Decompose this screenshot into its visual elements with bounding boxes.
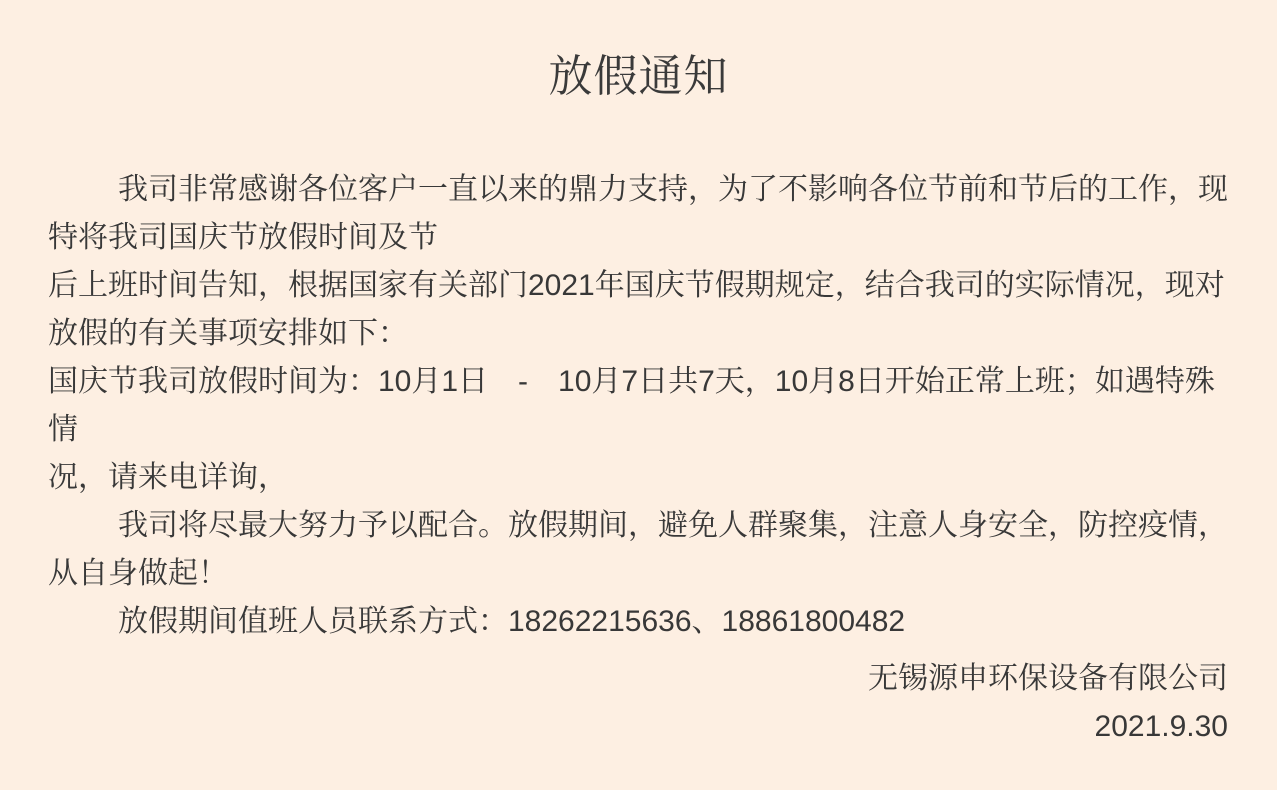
- notice-date: 2021.9.30: [868, 703, 1228, 751]
- notice-line-7: 我司将尽最大努力予以配合。放假期间，避免人群聚集，注意人身安全，防控疫情，: [48, 502, 1231, 550]
- notice-line-8: 从自身做起！: [48, 550, 1231, 598]
- notice-title: 放假通知: [0, 0, 1277, 104]
- notice-line-2: 特将我司国庆节放假时间及节: [48, 214, 1231, 262]
- notice-line-5: 国庆节我司放假时间为：10月1日 - 10月7日共7天，10月8日开始正常上班；…: [48, 358, 1231, 454]
- notice-body: 我司非常感谢各位客户一直以来的鼎力支持，为了不影响各位节前和节后的工作，现 特将…: [48, 166, 1231, 646]
- notice-signature: 无锡源申环保设备有限公司 2021.9.30: [868, 655, 1228, 751]
- notice-line-1: 我司非常感谢各位客户一直以来的鼎力支持，为了不影响各位节前和节后的工作，现: [48, 166, 1231, 214]
- notice-line-3: 后上班时间告知，根据国家有关部门2021年国庆节假期规定，结合我司的实际情况，现…: [48, 262, 1231, 310]
- company-name: 无锡源申环保设备有限公司: [868, 655, 1228, 703]
- notice-line-9: 放假期间值班人员联系方式：18262215636、18861800482: [48, 598, 1231, 646]
- notice-line-4: 放假的有关事项安排如下：: [48, 310, 1231, 358]
- notice-line-6: 况，请来电详询，: [48, 454, 1231, 502]
- holiday-notice-document: 放假通知 我司非常感谢各位客户一直以来的鼎力支持，为了不影响各位节前和节后的工作…: [0, 0, 1277, 790]
- notice-page: { "page": { "background_color": "#fdefe2…: [0, 0, 1277, 790]
